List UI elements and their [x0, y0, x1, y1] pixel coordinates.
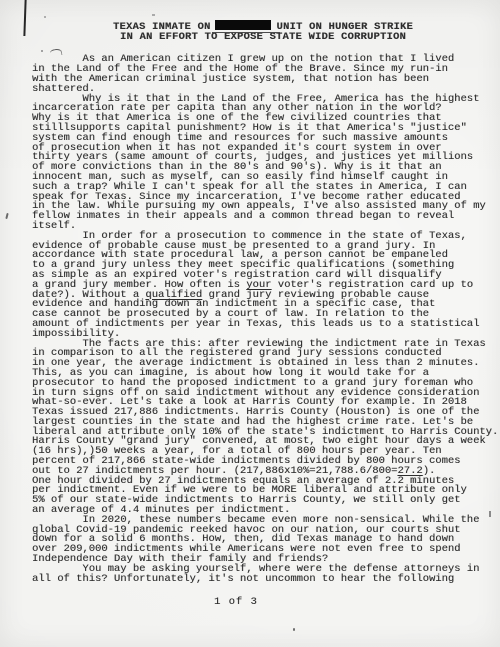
scan-artifact-speck: [293, 628, 295, 631]
title-line-2: IN AN EFFORT TO EXPOSE STATE WIDE CORRUP…: [32, 32, 494, 42]
page-number: 1 of 3: [214, 596, 258, 608]
document-content: TEXAS INMATE ONUNIT ON HUNGER STRIKE IN …: [32, 20, 494, 584]
scan-artifact-line: [23, 0, 26, 36]
document-body: As an American citizen I grew up on the …: [32, 55, 494, 584]
redaction-box: [215, 20, 271, 30]
scan-artifact-speck: [5, 213, 8, 219]
scan-artifact-speck: [44, 16, 46, 18]
text-line: all of this? Unfortunately, it's not unc…: [32, 575, 494, 585]
document-page: TEXAS INMATE ONUNIT ON HUNGER STRIKE IN …: [0, 0, 500, 647]
text-line: with the American criminal justice syste…: [32, 75, 494, 85]
document-title: TEXAS INMATE ONUNIT ON HUNGER STRIKE IN …: [32, 20, 494, 42]
scan-artifact-speck: [152, 14, 155, 16]
text-line: fellow inmates in their appeals and a co…: [32, 212, 494, 222]
